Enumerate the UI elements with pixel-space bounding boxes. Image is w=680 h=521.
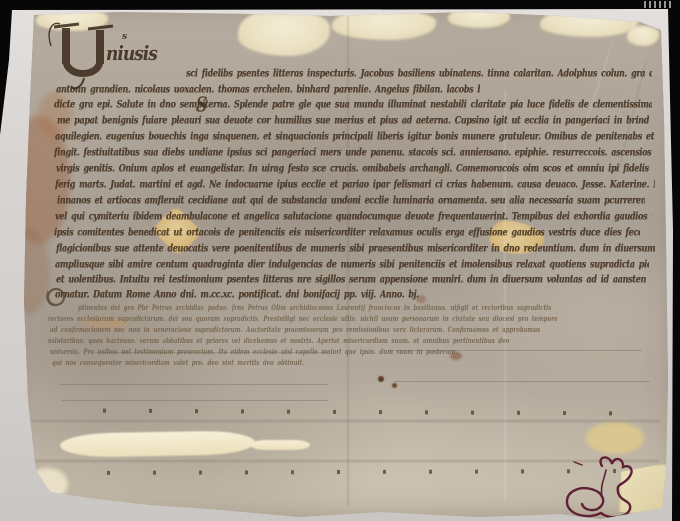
camera-watermark-icon: [644, 1, 674, 8]
script-line: me papat benignis fuiare pleauri sua deu…: [57, 113, 649, 129]
horizontal-tear: [250, 440, 310, 450]
script-line: fingit. festiuitatibus sua diebs undiane…: [54, 145, 655, 161]
ink-blot: [378, 376, 384, 382]
script-line: vel qui cymiteriu ibidem deambulacone et…: [55, 209, 652, 225]
script-line: ornatur. Datum Rome Anno dni. m.cc.xc. p…: [55, 287, 617, 303]
script-line: ferig marts. Judat. martini et agd. Ne i…: [55, 177, 655, 193]
script-line: aquilegien. eugenius bouechis inga sinqu…: [55, 129, 655, 145]
ruling-line: [60, 384, 328, 385]
script-line: flagicionibus sue attente deuocatis vere…: [56, 241, 656, 257]
photograph-of-charter: s niusis S sci fidelibs psentes litteras…: [0, 0, 680, 521]
top-edge-damage: [627, 26, 659, 46]
addendum-initial-O: [44, 286, 70, 312]
top-edge-damage: [238, 10, 330, 56]
worn-patch: [586, 422, 644, 454]
seal-slits-row: [62, 408, 652, 415]
script-line: antonn grandien. nicolaus uoxaclen. thom…: [56, 82, 480, 98]
seal-slits-row: [66, 469, 646, 475]
ink-blot: [392, 383, 397, 388]
addendum-line: qui nos consequenter misericordiam valet…: [52, 357, 472, 370]
script-line: innanos et artiocas amfleruit cecidiane …: [57, 193, 645, 209]
script-line: virgis genitis. Onium aplos et euangelis…: [56, 161, 650, 177]
script-line: et uolentibus. Intuitu rei testimonium p…: [56, 272, 646, 288]
fold-line: [30, 420, 660, 422]
ruling-line: [394, 381, 650, 382]
horizontal-tear: [60, 430, 255, 457]
ruling-line: [62, 400, 328, 401]
script-line: dicte gra epi. Salute in dno sempiterna.…: [54, 97, 652, 113]
script-line: ipsis comitentes benedicat ut ortacois d…: [54, 225, 640, 241]
script-line: sci fidelibs psentes litteras inspecturi…: [186, 66, 652, 82]
script-line: ampliusque sibi amire centum quadraginta…: [55, 257, 649, 273]
parchment-charter: s niusis S sci fidelibs psentes litteras…: [0, 0, 680, 521]
opening-word: niusis: [106, 44, 157, 65]
initial-superscript: s: [122, 32, 127, 42]
